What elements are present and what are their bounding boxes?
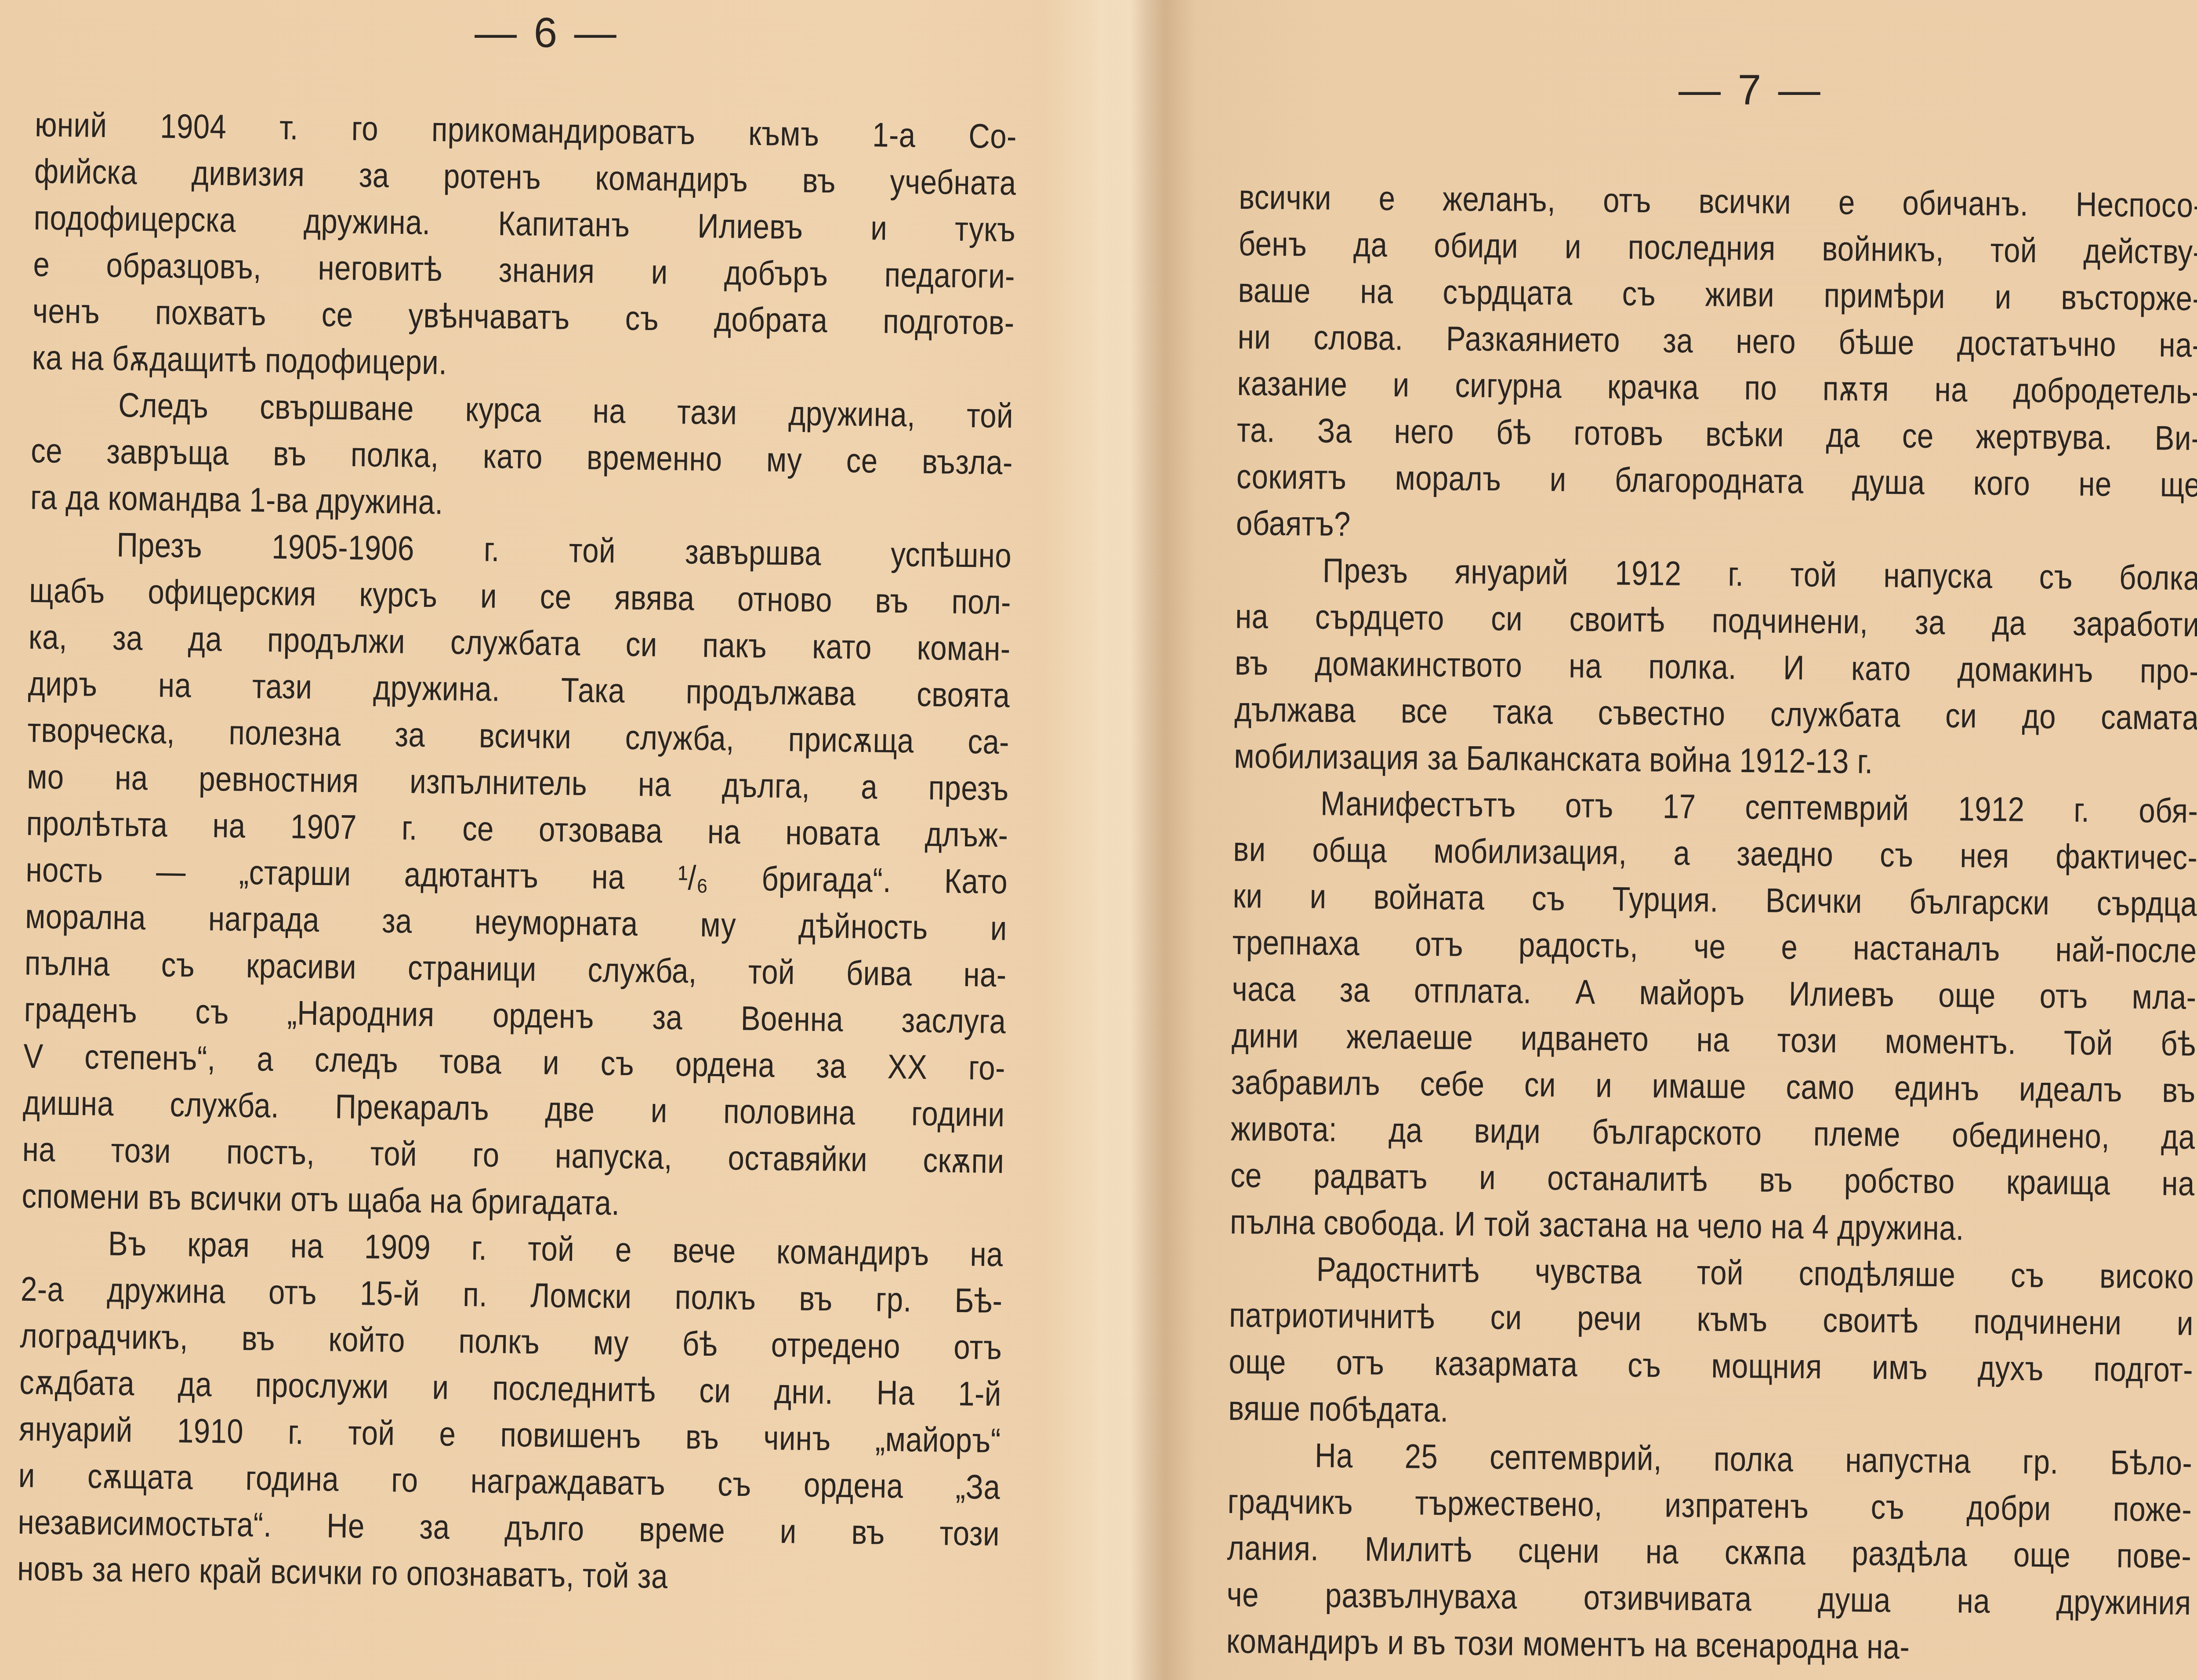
paragraph: На 25 септемврий, полка напустна гр. Бѣл… bbox=[1226, 1431, 2195, 1673]
text-line: още отъ казармата съ мощния имъ духъ под… bbox=[1229, 1338, 2193, 1393]
text-line: забравилъ себе си и имаше само единъ иде… bbox=[1231, 1059, 2196, 1114]
paragraph: всички е желанъ, отъ всички е обичанъ. Н… bbox=[1236, 174, 2197, 555]
right-page: — 7 — всички е желанъ, отъ всички е обич… bbox=[1239, 0, 2197, 1680]
page-text: юний 1904 т. го прикомандироватъ къмъ 1-… bbox=[17, 101, 1019, 1604]
text-line: всички е желанъ, отъ всички е обичанъ. Н… bbox=[1239, 174, 2197, 229]
text-line: патриотичнитѣ си речи къмъ своитѣ подчин… bbox=[1229, 1292, 2194, 1346]
text-line: та. За него бѣ готовъ всѣки да се жертву… bbox=[1236, 406, 2197, 461]
text-line: ваше на сърдцата съ живи примѣри и въсто… bbox=[1238, 267, 2197, 322]
text-line: сокиятъ моралъ и благородната душа кого … bbox=[1236, 453, 2197, 508]
text-line: обаятъ? bbox=[1236, 500, 2197, 555]
page-number: — 6 — bbox=[475, 9, 619, 57]
paragraph: Манифестътъ отъ 17 септемврий 1912 г. об… bbox=[1230, 779, 2197, 1253]
text-line: мобилизация за Балканската война 1912-13… bbox=[1234, 733, 2197, 787]
book-gutter bbox=[1094, 0, 1195, 1680]
text-line: командиръ и въ този моментъ на всенародн… bbox=[1226, 1618, 2191, 1673]
page-number: — 7 — bbox=[1679, 66, 1823, 114]
text-line: вяше побѣдата. bbox=[1228, 1385, 2193, 1440]
text-line: бенъ да обиди и последния войникъ, той д… bbox=[1238, 220, 2197, 275]
text-line: казание и сигурна крачка по пѫтя на добр… bbox=[1237, 360, 2197, 415]
text-line: че развълнуваха отзивчивата душа на друж… bbox=[1226, 1571, 2191, 1626]
text-line: въ домакинството на полка. И като домаки… bbox=[1235, 639, 2197, 694]
text-line: ни слова. Разкаянието за него бѣше доста… bbox=[1237, 313, 2197, 368]
left-page: — 6 — юний 1904 т. го прикомандироватъ к… bbox=[35, 0, 1019, 1680]
text-line: Презъ януарий 1912 г. той напуска съ бол… bbox=[1236, 546, 2197, 601]
paragraph: Въ края на 1909 г. той е вече командиръ … bbox=[17, 1219, 1006, 1604]
text-line: дължава все така съвестно службата си до… bbox=[1234, 686, 2197, 741]
text-line: Манифестътъ отъ 17 септемврий 1912 г. об… bbox=[1233, 779, 2197, 834]
text-line: градчикъ тържествено, изпратенъ съ добри… bbox=[1227, 1478, 2192, 1533]
text-line: на сърдцето си своитѣ подчинени, за да з… bbox=[1235, 593, 2197, 648]
text-line: дини желаеше идването на този моментъ. Т… bbox=[1231, 1012, 2196, 1067]
text-line: живота: да види българското племе обедин… bbox=[1231, 1105, 2196, 1160]
paragraph: Презъ януарий 1912 г. той напуска съ бол… bbox=[1234, 546, 2197, 787]
paragraph: Презъ 1905-1906 г. той завършва успѣшнощ… bbox=[22, 520, 1014, 1231]
text-line: ви обща мобилизация, а заедно съ нея фак… bbox=[1233, 826, 2197, 881]
paragraph: юний 1904 т. го прикомандироватъ къмъ 1-… bbox=[32, 101, 1019, 392]
paragraph: Радостнитѣ чувства той сподѣляше съ висо… bbox=[1228, 1245, 2197, 1440]
text-line: ки и войната съ Турция. Всички български… bbox=[1233, 872, 2197, 927]
text-line: лания. Милитѣ сцени на скѫпа раздѣла още… bbox=[1227, 1524, 2192, 1579]
text-line: На 25 септемврий, полка напустна гр. Бѣл… bbox=[1228, 1431, 2193, 1486]
book-spread: — 6 — юний 1904 т. го прикомандироватъ к… bbox=[0, 0, 2197, 1680]
text-line: Радостнитѣ чувства той сподѣляше съ висо… bbox=[1229, 1245, 2194, 1300]
text-line: пълна свобода. И той застана на чело на … bbox=[1230, 1198, 2195, 1253]
text-line: се радватъ и останалитѣ въ робство краищ… bbox=[1230, 1152, 2195, 1207]
paragraph: Следъ свършване курса на тази дружина, т… bbox=[30, 381, 1016, 532]
text-line: трепнаха отъ радость, че е настаналъ най… bbox=[1232, 919, 2197, 974]
page-text: всички е желанъ, отъ всички е обичанъ. Н… bbox=[1226, 174, 2197, 1673]
text-line: часа за отплата. А майоръ Илиевъ още отъ… bbox=[1232, 965, 2197, 1020]
